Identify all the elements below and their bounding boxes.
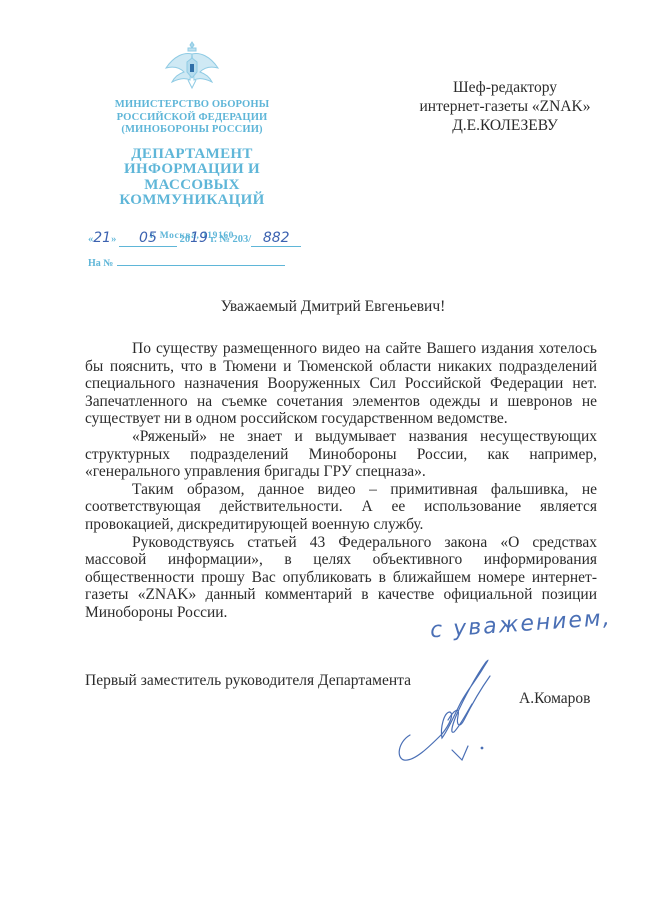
registration-number-blank: 882 (251, 230, 301, 247)
addressee-block: Шеф-редактору интернет-газеты «ZNAK» Д.Е… (400, 78, 610, 135)
reference-line: На № (88, 255, 285, 269)
letterhead: МИНИСТЕРСТВО ОБОРОНЫ РОССИЙСКОЙ ФЕДЕРАЦИ… (92, 38, 292, 241)
registration-number: 882 (263, 230, 290, 246)
signer-title: Первый заместитель руководителя Департам… (85, 672, 411, 690)
department-name: ДЕПАРТАМЕНТ ИНФОРМАЦИИ И МАССОВЫХ КОММУН… (92, 147, 292, 209)
registration-month: 05 (139, 230, 157, 246)
ministry-name: МИНИСТЕРСТВО ОБОРОНЫ РОССИЙСКОЙ ФЕДЕРАЦИ… (92, 99, 292, 137)
ministry-line: (МИНОБОРОНЫ РОССИИ) (92, 124, 292, 137)
registration-day: 21 (93, 230, 111, 246)
addressee-line: Шеф-редактору (400, 78, 610, 97)
registration-number-label: г. № 203/ (211, 234, 252, 245)
addressee-line: интернет-газеты «ZNAK» (400, 97, 610, 116)
registration-year-suffix: 19 (190, 230, 208, 246)
registration-line: «21» 05 2019 г. № 203/882 (88, 230, 301, 247)
department-line: ИНФОРМАЦИИ И (92, 162, 292, 178)
registration-month-blank: 05 (119, 230, 177, 247)
paragraph: «Ряженый» не знает и выдумывает названия… (85, 428, 597, 481)
ministry-line: МИНИСТЕРСТВО ОБОРОНЫ (92, 99, 292, 112)
greeting: Уважаемый Дмитрий Евгеньевич! (0, 298, 666, 316)
double-headed-eagle-emblem-icon (162, 38, 222, 90)
paragraph: Руководствуясь статьей 43 Федерального з… (85, 534, 597, 622)
letter-body: По существу размещенного видео на сайте … (85, 340, 597, 622)
reference-label: На № (88, 258, 113, 269)
reference-blank (117, 255, 285, 266)
signer-name: А.Комаров (519, 690, 591, 708)
department-line: КОММУНИКАЦИЙ (92, 193, 292, 209)
paragraph: По существу размещенного видео на сайте … (85, 340, 597, 428)
ministry-line: РОССИЙСКОЙ ФЕДЕРАЦИИ (92, 112, 292, 125)
registration-year-prefix: 20 (180, 234, 191, 245)
paragraph: Таким образом, данное видео – примитивна… (85, 481, 597, 534)
date-close-quote: » (111, 234, 119, 245)
department-line: МАССОВЫХ (92, 178, 292, 194)
handwritten-signature-icon (390, 650, 520, 770)
department-line: ДЕПАРТАМЕНТ (92, 147, 292, 163)
addressee-line: Д.Е.КОЛЕЗЕВУ (400, 116, 610, 135)
